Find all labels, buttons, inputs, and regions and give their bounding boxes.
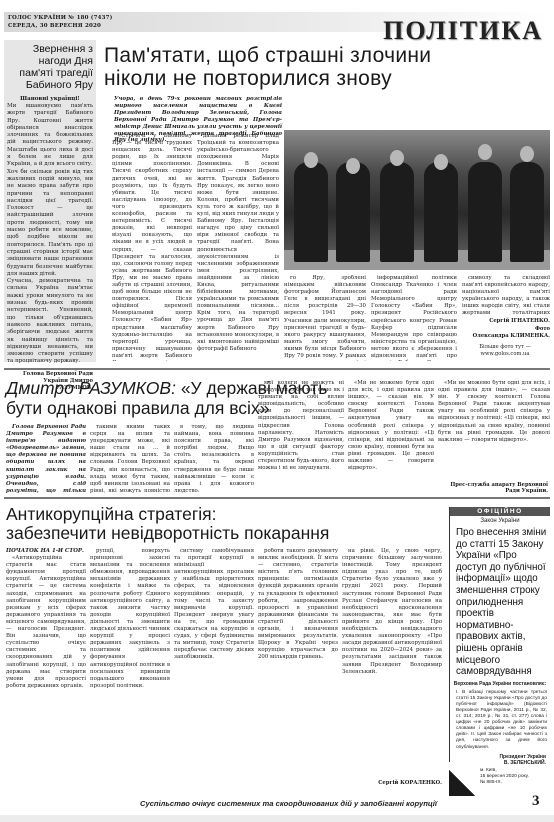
page-number: 3: [532, 793, 540, 810]
interview-column-4: мої колеги не можуть ні зміщувати себе, …: [258, 380, 344, 494]
interview-column-5: «Ми не можемо бути одні для всіх, і одні…: [348, 380, 434, 480]
appeal-title: Звернення з нагоди Дня пам'яті трагедії …: [7, 43, 93, 91]
divider: [4, 368, 550, 370]
law-body: I. В абзаці першому частини третьої стат…: [456, 690, 547, 751]
ceremony-photo: [284, 130, 550, 270]
law-title: Про внесення зміни до статті 15 Закону У…: [456, 527, 550, 678]
official-subtitle: Закон України: [450, 518, 550, 524]
appeal-paragraph: Хоч би скільки років від тих жахливих по…: [7, 169, 93, 278]
divider: [4, 497, 550, 499]
masthead: ГОЛОС УКРАЇНИ № 180 (7437) СЕРЕДА, 30 ВЕ…: [4, 12, 549, 32]
law-signatory-name: В. ЗЕЛЕНСЬКИЙ.: [450, 760, 546, 766]
appeal-body: Ми вшановуємо пам'ять жертв трагедії Баб…: [7, 103, 93, 366]
bottom-bar: [0, 815, 554, 822]
anticorruption-headline: Антикорупційна стратегія: забезпечити не…: [6, 505, 406, 543]
corner-decoration: [449, 770, 475, 796]
anticorruption-headline-line1: Антикорупційна стратегія:: [6, 505, 406, 524]
official-tag: ОФІЦІЙНО: [450, 507, 550, 516]
anticorruption-author: Сергій КОРАЛЕНКО.: [342, 780, 442, 786]
anticorruption-column-4: роботи такого документу виклик необхідни…: [258, 548, 338, 790]
main-column-4: інформаційної політики Олександр Ткаченк…: [371, 275, 457, 361]
appeal-paragraph: Ми вшановуємо пам'ять жертв трагедії Баб…: [7, 103, 93, 169]
more-photos-link[interactable]: Більше фото тут — www.golos.com.ua: [470, 344, 540, 358]
issue-info: ГОЛОС УКРАЇНИ № 180 (7437) СЕРЕДА, 30 ВЕ…: [8, 14, 113, 30]
interview-column-3: в тому, що людина наймана, вона повинна …: [174, 424, 254, 494]
interview-author: Прес-служба апарату Верховної Ради Украї…: [440, 482, 548, 494]
interview-headline-name: Дмитро РАЗУМКОВ:: [6, 378, 176, 398]
main-headline: Пам'ятати, щоб страшні злочини ніколи не…: [104, 44, 434, 90]
anticorruption-column-2: рупції, поверхуть принципові захисні мех…: [90, 548, 170, 790]
law-number: № 885-IX.: [480, 780, 550, 786]
main-author: Сергій ІГНАТЕНКО.: [462, 318, 550, 325]
issue-line: ГОЛОС УКРАЇНИ № 180 (7437): [8, 14, 113, 22]
main-column-5: символу та складової пам'яті європейсько…: [462, 275, 550, 315]
newspaper-page: ГОЛОС УКРАЇНИ № 180 (7437) СЕРЕДА, 30 ВЕ…: [0, 0, 554, 822]
section-title: ПОЛІТИКА: [383, 16, 543, 46]
anticorruption-column-3: систему самобічування та протидії корупц…: [174, 548, 254, 790]
appeal-greeting: Шановні українці!: [7, 96, 93, 102]
continued-from-label: ПОЧАТОК НА 1-Й СТОР.: [6, 548, 86, 555]
anticorruption-column-1: ПОЧАТОК НА 1-Й СТОР. «Антикорупційна стр…: [6, 548, 86, 790]
anticorruption-column-5: на рівні. Це, у свою чергу, спричиняє бі…: [342, 548, 442, 776]
law-enact: Верховна Рада України постановляє:: [450, 681, 550, 687]
appeal-sidebar: Звернення з нагоди Дня пам'яті трагедії …: [4, 40, 96, 362]
footer-slogan: Суспільство очікує системних та скоордин…: [140, 799, 437, 808]
interview-column-2: такими якими таких серця на вплив та упе…: [90, 424, 170, 494]
official-law-box: ОФІЦІЙНО Закон України Про внесення змін…: [449, 507, 550, 762]
interview-column-1: Голова Верховної Ради Дмитро Разумков в …: [6, 424, 86, 494]
main-column-1: «Стрічечі у Бабиному Яру — це тисячі тру…: [112, 133, 192, 361]
anticorruption-headline-line2: забезпечити невідворотність покарання: [6, 524, 406, 543]
photo-label: Фото: [462, 326, 550, 333]
photographer: Олександра КЛИМЕНКА.: [462, 333, 550, 340]
appeal-paragraph: Сучасна, демократична та сильна Україна …: [7, 278, 93, 366]
date-line: СЕРЕДА, 30 ВЕРЕСНЯ 2020: [8, 22, 113, 30]
interview-column-6: «Ми не можемо бути одні для всіх, і одні…: [438, 380, 550, 480]
main-column-2: дальний режисер Влад Троїцький та композ…: [197, 133, 279, 361]
main-column-3: го Яру, зроблені німецьким військовим фо…: [284, 275, 366, 361]
